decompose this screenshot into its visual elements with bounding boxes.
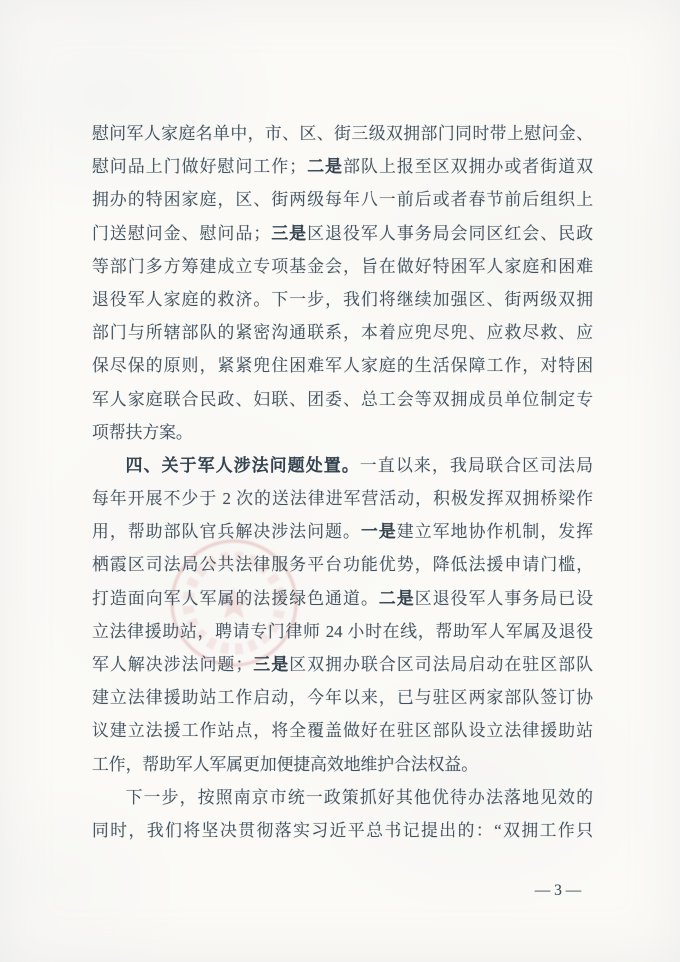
text-segment: 军人解决涉法问题； — [92, 655, 252, 674]
text-segment: 立法律援助站，聘请专门律师 24 小时在线，帮助军人军属及退役 — [92, 622, 593, 641]
text-segment: 打造面向军人军属的法援绿色通道。 — [92, 589, 379, 608]
text-segment: 等部门多方筹建成立专项基金会，旨在做好特困军人家庭和困难 — [92, 257, 593, 276]
text-segment: 每年开展不少于 2 次的送法律进军营活动，积极发挥双拥桥梁作 — [92, 489, 593, 508]
bold-text-segment: 四、关于军人涉法问题处置。 — [126, 456, 360, 475]
text-segment: 用，帮助部队官兵解决涉法问题。 — [92, 522, 361, 541]
document-line: 立法律援助站，聘请专门律师 24 小时在线，帮助军人军属及退役 — [92, 615, 593, 648]
document-line: 建立法律援助站工作启动，今年以来，已与驻区两家部队签订协 — [92, 681, 593, 714]
document-line: 栖霞区司法局公共法律服务平台功能优势，降低法援申请门槛， — [92, 548, 593, 581]
bold-text-segment: 二是 — [379, 589, 415, 608]
document-line: 门送慰问金、慰问品；三是区退役军人事务局会同区红会、民政 — [92, 217, 593, 250]
document-line: 四、关于军人涉法问题处置。一直以来，我局联合区司法局 — [92, 449, 593, 482]
document-line: 同时，我们将坚决贯彻落实习近平总书记提出的：“双拥工作只 — [92, 814, 593, 847]
text-segment: 慰问品上门做好慰问工作； — [92, 157, 306, 176]
document-line: 部门与所辖部队的紧密沟通联系，本着应兜尽兜、应救尽救、应 — [92, 316, 593, 349]
bold-text-segment: 三是 — [270, 224, 307, 243]
document-line: 每年开展不少于 2 次的送法律进军营活动，积极发挥双拥桥梁作 — [92, 482, 593, 515]
text-segment: 军人家庭联合民政、妇联、团委、总工会等双拥成员单位制定专 — [92, 390, 593, 409]
text-segment: 栖霞区司法局公共法律服务平台功能优势，降低法援申请门槛， — [92, 555, 593, 574]
bold-text-segment: 二是 — [306, 157, 343, 176]
text-segment: 议建立法援工作站点，将全覆盖做好在驻区部队设立法律援助站 — [92, 721, 593, 740]
text-segment: 区退役军人事务局会同区红会、民政 — [307, 224, 593, 243]
text-segment: 下一步，按照南京市统一政策抓好其他优待办法落地见效的 — [126, 788, 593, 807]
document-line: 下一步，按照南京市统一政策抓好其他优待办法落地见效的 — [92, 781, 593, 814]
text-segment: 部门与所辖部队的紧密沟通联系，本着应兜尽兜、应救尽救、应 — [92, 323, 593, 342]
document-line: 军人解决涉法问题；三是区双拥办联合区司法局启动在驻区部队 — [92, 648, 593, 681]
text-segment: 门送慰问金、慰问品； — [92, 224, 270, 243]
document-line: 保尽保的原则，紧紧兜住困难军人家庭的生活保障工作，对特困 — [92, 349, 593, 382]
document-line: 退役军人家庭的救济。下一步，我们将继续加强区、街两级双拥 — [92, 283, 593, 316]
text-segment: 建立军地协作机制，发挥 — [397, 522, 593, 541]
document-line: 拥办的特困家庭，区、街两级每年八一前后或者春节前后组织上 — [92, 183, 593, 216]
text-segment: 退役军人家庭的救济。下一步，我们将继续加强区、街两级双拥 — [92, 290, 593, 309]
text-segment: 工作，帮助军人军属更加便捷高效地维护合法权益。 — [92, 755, 478, 774]
document-line: 慰问品上门做好慰问工作；二是部队上报至区双拥办或者街道双 — [92, 150, 593, 183]
document-line: 议建立法援工作站点，将全覆盖做好在驻区部队设立法律援助站 — [92, 714, 593, 747]
text-segment: 同时，我们将坚决贯彻落实习近平总书记提出的：“双拥工作只 — [92, 821, 593, 840]
document-line: 等部门多方筹建成立专项基金会，旨在做好特困军人家庭和困难 — [92, 250, 593, 283]
text-segment: 慰问军人家庭名单中，市、区、街三级双拥部门同时带上慰问金、 — [92, 124, 593, 143]
document-line: 工作，帮助军人军属更加便捷高效地维护合法权益。 — [92, 748, 593, 781]
document-line: 打造面向军人军属的法援绿色通道。二是区退役军人事务局已设 — [92, 582, 593, 615]
document-page: 慰问军人家庭名单中，市、区、街三级双拥部门同时带上慰问金、慰问品上门做好慰问工作… — [0, 0, 680, 962]
bold-text-segment: 三是 — [252, 655, 289, 674]
text-segment: 一直以来，我局联合区司法局 — [360, 456, 593, 475]
text-segment: 拥办的特困家庭，区、街两级每年八一前后或者春节前后组织上 — [92, 190, 593, 209]
document-line: 用，帮助部队官兵解决涉法问题。一是建立军地协作机制，发挥 — [92, 515, 593, 548]
document-line: 军人家庭联合民政、妇联、团委、总工会等双拥成员单位制定专 — [92, 383, 593, 416]
text-segment: 区退役军人事务局已设 — [415, 589, 593, 608]
text-segment: 部队上报至区双拥办或者街道双 — [343, 157, 593, 176]
text-segment: 项帮扶方案。 — [92, 423, 193, 442]
text-segment: 保尽保的原则，紧紧兜住困难军人家庭的生活保障工作，对特困 — [92, 356, 593, 375]
document-line: 慰问军人家庭名单中，市、区、街三级双拥部门同时带上慰问金、 — [92, 117, 593, 150]
text-segment: 区双拥办联合区司法局启动在驻区部队 — [289, 655, 593, 674]
bold-text-segment: 一是 — [361, 522, 397, 541]
document-body: 慰问军人家庭名单中，市、区、街三级双拥部门同时带上慰问金、慰问品上门做好慰问工作… — [92, 117, 593, 847]
document-line: 项帮扶方案。 — [92, 416, 593, 449]
text-segment: 建立法律援助站工作启动，今年以来，已与驻区两家部队签订协 — [92, 688, 593, 707]
page-number: — 3 — — [523, 882, 593, 900]
